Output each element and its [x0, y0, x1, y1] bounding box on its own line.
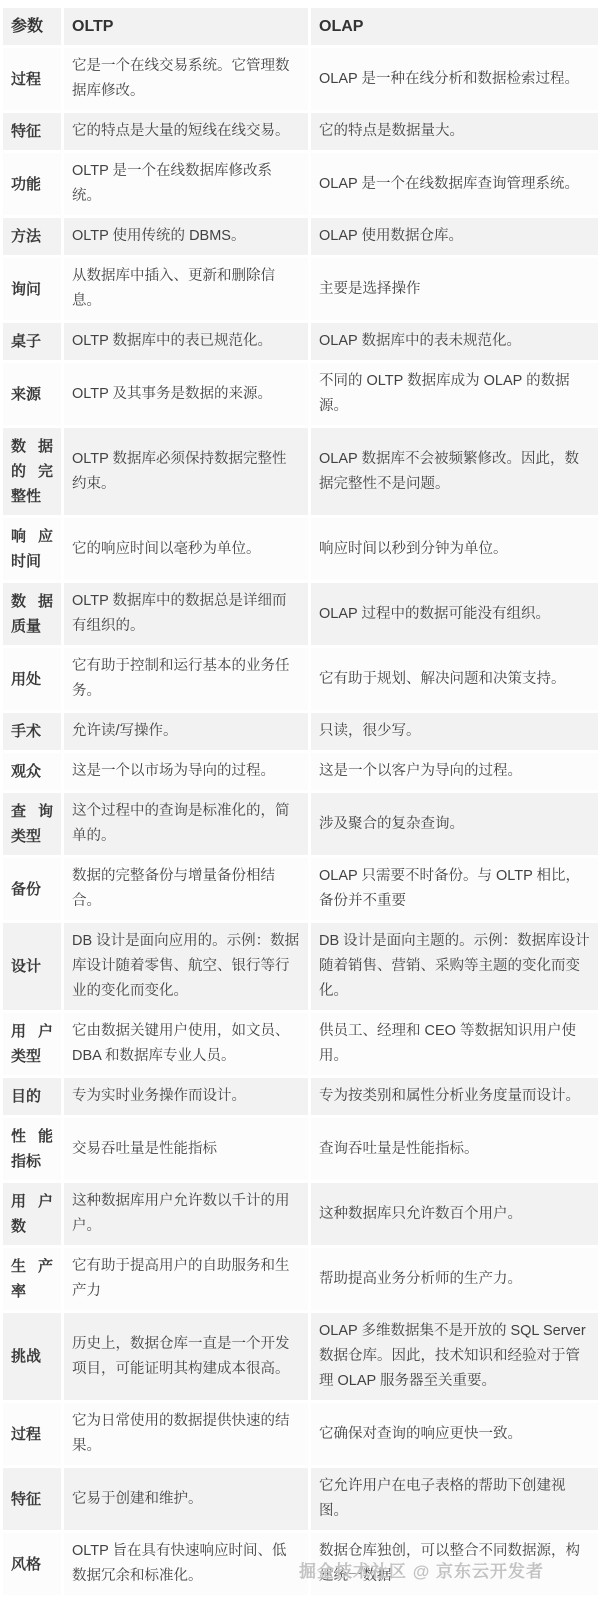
table-row: 桌子 OLTP 数据库中的表已规范化。 OLAP 数据库中的表未规范化。: [3, 323, 598, 360]
param-cell: 功能: [3, 153, 61, 215]
header-cell-olap: OLAP: [311, 8, 598, 45]
olap-cell: 不同的 OLTP 数据库成为 OLAP 的数据源。: [311, 363, 598, 425]
oltp-cell: 它易于创建和维护。: [64, 1468, 308, 1530]
olap-cell: 专为按类别和属性分析业务度量而设计。: [311, 1078, 598, 1115]
param-cell: 备份: [3, 858, 61, 920]
param-cell: 生产率: [3, 1248, 61, 1310]
olap-cell: 涉及聚合的复杂查询。: [311, 793, 598, 855]
table-row: 目的 专为实时业务操作而设计。 专为按类别和属性分析业务度量而设计。: [3, 1078, 598, 1115]
oltp-cell: 它为日常使用的数据提供快速的结果。: [64, 1403, 308, 1465]
table-row: 查询类型 这个过程中的查询是标准化的，简单的。 涉及聚合的复杂查询。: [3, 793, 598, 855]
oltp-cell: 这是一个以市场为导向的过程。: [64, 753, 308, 790]
oltp-cell: OLTP 是一个在线数据库修改系统。: [64, 153, 308, 215]
param-cell: 手术: [3, 713, 61, 750]
oltp-cell: 专为实时业务操作而设计。: [64, 1078, 308, 1115]
olap-cell: 只读，很少写。: [311, 713, 598, 750]
table-row: 用户类型 它由数据关键用户使用，如文员、DBA 和数据库专业人员。 供员工、经理…: [3, 1013, 598, 1075]
oltp-cell: 它是一个在线交易系统。它管理数据库修改。: [64, 48, 308, 110]
olap-cell: OLAP 数据库中的表未规范化。: [311, 323, 598, 360]
olap-cell: OLAP 过程中的数据可能没有组织。: [311, 583, 598, 645]
oltp-cell: 数据的完整备份与增量备份相结合。: [64, 858, 308, 920]
olap-cell: 它的特点是数据量大。: [311, 113, 598, 150]
table-row: 方法 OLTP 使用传统的 DBMS。 OLAP 使用数据仓库。: [3, 218, 598, 255]
table-row: 来源 OLTP 及其事务是数据的来源。 不同的 OLTP 数据库成为 OLAP …: [3, 363, 598, 425]
table-row: 特征 它易于创建和维护。 它允许用户在电子表格的帮助下创建视图。: [3, 1468, 598, 1530]
oltp-cell: DB 设计是面向应用的。示例：数据库设计随着零售、航空、银行等行业的变化而变化。: [64, 923, 308, 1010]
param-cell: 特征: [3, 113, 61, 150]
param-cell: 用处: [3, 648, 61, 710]
header-cell-param: 参数: [3, 8, 61, 45]
oltp-cell: OLTP 及其事务是数据的来源。: [64, 363, 308, 425]
table-row: 备份 数据的完整备份与增量备份相结合。 OLAP 只需要不时备份。与 OLTP …: [3, 858, 598, 920]
table-row: 过程 它为日常使用的数据提供快速的结果。 它确保对查询的响应更快一致。: [3, 1403, 598, 1465]
oltp-olap-comparison-table: 参数 OLTP OLAP 过程 它是一个在线交易系统。它管理数据库修改。 OLA…: [0, 5, 601, 1598]
olap-cell: 它允许用户在电子表格的帮助下创建视图。: [311, 1468, 598, 1530]
param-cell: 来源: [3, 363, 61, 425]
olap-cell: OLAP 使用数据仓库。: [311, 218, 598, 255]
table-row: 数据的完整性 OLTP 数据库必须保持数据完整性约束。 OLAP 数据库不会被频…: [3, 428, 598, 515]
olap-cell: 它确保对查询的响应更快一致。: [311, 1403, 598, 1465]
table-row: 设计 DB 设计是面向应用的。示例：数据库设计随着零售、航空、银行等行业的变化而…: [3, 923, 598, 1010]
table-row: 用户数 这种数据库用户允许数以千计的用户。 这种数据库只允许数百个用户。: [3, 1183, 598, 1245]
oltp-cell: 历史上，数据仓库一直是一个开发项目，可能证明其构建成本很高。: [64, 1313, 308, 1400]
olap-cell: 数据仓库独创，可以整合不同数据源，构建统一数据: [311, 1533, 598, 1595]
olap-cell: 帮助提高业务分析师的生产力。: [311, 1248, 598, 1310]
table-row: 响应时间 它的响应时间以毫秒为单位。 响应时间以秒到分钟为单位。: [3, 518, 598, 580]
table-row: 过程 它是一个在线交易系统。它管理数据库修改。 OLAP 是一种在线分析和数据检…: [3, 48, 598, 110]
olap-cell: 查询吞吐量是性能指标。: [311, 1118, 598, 1180]
oltp-cell: 从数据库中插入、更新和删除信息。: [64, 258, 308, 320]
oltp-cell: 允许读/写操作。: [64, 713, 308, 750]
olap-cell: DB 设计是面向主题的。示例：数据库设计随着销售、营销、采购等主题的变化而变化。: [311, 923, 598, 1010]
table-body: 过程 它是一个在线交易系统。它管理数据库修改。 OLAP 是一种在线分析和数据检…: [3, 48, 598, 1595]
table-row: 挑战 历史上，数据仓库一直是一个开发项目，可能证明其构建成本很高。 OLAP 多…: [3, 1313, 598, 1400]
oltp-cell: OLTP 旨在具有快速响应时间、低数据冗余和标准化。: [64, 1533, 308, 1595]
param-cell: 过程: [3, 48, 61, 110]
param-cell: 用户类型: [3, 1013, 61, 1075]
table-header: 参数 OLTP OLAP: [3, 8, 598, 45]
olap-cell: 响应时间以秒到分钟为单位。: [311, 518, 598, 580]
oltp-cell: 它由数据关键用户使用，如文员、DBA 和数据库专业人员。: [64, 1013, 308, 1075]
table-row: 功能 OLTP 是一个在线数据库修改系统。 OLAP 是一个在线数据库查询管理系…: [3, 153, 598, 215]
param-cell: 设计: [3, 923, 61, 1010]
table-row: 手术 允许读/写操作。 只读，很少写。: [3, 713, 598, 750]
param-cell: 数据质量: [3, 583, 61, 645]
oltp-cell: 它的响应时间以毫秒为单位。: [64, 518, 308, 580]
param-cell: 风格: [3, 1533, 61, 1595]
param-cell: 观众: [3, 753, 61, 790]
table-row: 风格 OLTP 旨在具有快速响应时间、低数据冗余和标准化。 数据仓库独创，可以整…: [3, 1533, 598, 1595]
param-cell: 过程: [3, 1403, 61, 1465]
table-row: 生产率 它有助于提高用户的自助服务和生产力 帮助提高业务分析师的生产力。: [3, 1248, 598, 1310]
param-cell: 桌子: [3, 323, 61, 360]
param-cell: 目的: [3, 1078, 61, 1115]
table-row: 用处 它有助于控制和运行基本的业务任务。 它有助于规划、解决问题和决策支持。: [3, 648, 598, 710]
oltp-cell: 它有助于提高用户的自助服务和生产力: [64, 1248, 308, 1310]
param-cell: 挑战: [3, 1313, 61, 1400]
olap-cell: OLAP 数据库不会被频繁修改。因此，数据完整性不是问题。: [311, 428, 598, 515]
table-row: 性能指标 交易吞吐量是性能指标 查询吞吐量是性能指标。: [3, 1118, 598, 1180]
param-cell: 性能指标: [3, 1118, 61, 1180]
param-cell: 数据的完整性: [3, 428, 61, 515]
table-row: 询问 从数据库中插入、更新和删除信息。 主要是选择操作: [3, 258, 598, 320]
olap-cell: OLAP 多维数据集不是开放的 SQL Server 数据仓库。因此，技术知识和…: [311, 1313, 598, 1400]
table-row: 数据质量 OLTP 数据库中的数据总是详细而有组织的。 OLAP 过程中的数据可…: [3, 583, 598, 645]
header-cell-oltp: OLTP: [64, 8, 308, 45]
oltp-cell: 这个过程中的查询是标准化的，简单的。: [64, 793, 308, 855]
param-cell: 询问: [3, 258, 61, 320]
oltp-cell: 它有助于控制和运行基本的业务任务。: [64, 648, 308, 710]
oltp-cell: 这种数据库用户允许数以千计的用户。: [64, 1183, 308, 1245]
olap-cell: 这种数据库只允许数百个用户。: [311, 1183, 598, 1245]
oltp-cell: OLTP 使用传统的 DBMS。: [64, 218, 308, 255]
olap-cell: OLAP 是一种在线分析和数据检索过程。: [311, 48, 598, 110]
header-row: 参数 OLTP OLAP: [3, 8, 598, 45]
oltp-cell: OLTP 数据库中的数据总是详细而有组织的。: [64, 583, 308, 645]
olap-cell: OLAP 是一个在线数据库查询管理系统。: [311, 153, 598, 215]
olap-cell: 这是一个以客户为导向的过程。: [311, 753, 598, 790]
olap-cell: OLAP 只需要不时备份。与 OLTP 相比，备份并不重要: [311, 858, 598, 920]
param-cell: 响应时间: [3, 518, 61, 580]
oltp-cell: 它的特点是大量的短线在线交易。: [64, 113, 308, 150]
param-cell: 方法: [3, 218, 61, 255]
oltp-cell: OLTP 数据库中的表已规范化。: [64, 323, 308, 360]
table-row: 特征 它的特点是大量的短线在线交易。 它的特点是数据量大。: [3, 113, 598, 150]
param-cell: 查询类型: [3, 793, 61, 855]
olap-cell: 它有助于规划、解决问题和决策支持。: [311, 648, 598, 710]
oltp-cell: OLTP 数据库必须保持数据完整性约束。: [64, 428, 308, 515]
olap-cell: 供员工、经理和 CEO 等数据知识用户使用。: [311, 1013, 598, 1075]
param-cell: 用户数: [3, 1183, 61, 1245]
oltp-cell: 交易吞吐量是性能指标: [64, 1118, 308, 1180]
param-cell: 特征: [3, 1468, 61, 1530]
olap-cell: 主要是选择操作: [311, 258, 598, 320]
table-row: 观众 这是一个以市场为导向的过程。 这是一个以客户为导向的过程。: [3, 753, 598, 790]
